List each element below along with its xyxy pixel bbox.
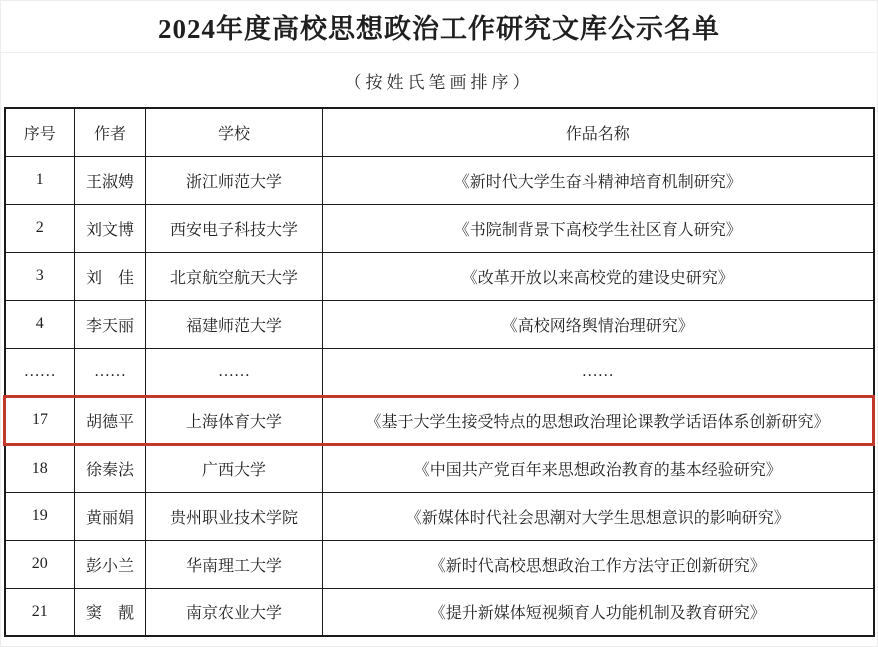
cell-work: 《高校网络舆情治理研究》: [323, 300, 874, 348]
cell-work: 《基于大学生接受特点的思想政治理论课教学话语体系创新研究》: [323, 396, 874, 444]
header-work: 作品名称: [323, 108, 874, 156]
table-body: 1王淑娉浙江师范大学《新时代大学生奋斗精神培育机制研究》2刘文博西安电子科技大学…: [5, 156, 874, 636]
cell-no: 2: [5, 204, 75, 252]
table-row: 20彭小兰华南理工大学《新时代高校思想政治工作方法守正创新研究》: [5, 540, 874, 588]
cell-no: 17: [5, 396, 75, 444]
cell-no: 18: [5, 444, 75, 492]
table-row: 1王淑娉浙江师范大学《新时代大学生奋斗精神培育机制研究》: [5, 156, 874, 204]
table-header-row: 序号 作者 学校 作品名称: [5, 108, 874, 156]
announcement-table: 序号 作者 学校 作品名称 1王淑娉浙江师范大学《新时代大学生奋斗精神培育机制研…: [3, 107, 875, 637]
table-row: 21窦 靓南京农业大学《提升新媒体短视频育人功能机制及教育研究》: [5, 588, 874, 636]
cell-author: 彭小兰: [75, 540, 146, 588]
table-row: 3刘 佳北京航空航天大学《改革开放以来高校党的建设史研究》: [5, 252, 874, 300]
cell-author: 刘文博: [75, 204, 146, 252]
cell-school: 上海体育大学: [146, 396, 323, 444]
header-no: 序号: [5, 108, 75, 156]
table-header: 序号 作者 学校 作品名称: [5, 108, 874, 156]
cell-school: ……: [146, 348, 323, 396]
cell-no: 20: [5, 540, 75, 588]
page-title: 2024年度高校思想政治工作研究文库公示名单: [158, 7, 720, 46]
table-row: 19黄丽娟贵州职业技术学院《新媒体时代社会思潮对大学生思想意识的影响研究》: [5, 492, 874, 540]
cell-work: 《改革开放以来高校党的建设史研究》: [323, 252, 874, 300]
cell-work: 《中国共产党百年来思想政治教育的基本经验研究》: [323, 444, 874, 492]
cell-work: 《书院制背景下高校学生社区育人研究》: [323, 204, 874, 252]
header-author: 作者: [75, 108, 146, 156]
cell-work: 《新媒体时代社会思潮对大学生思想意识的影响研究》: [323, 492, 874, 540]
cell-work: 《提升新媒体短视频育人功能机制及教育研究》: [323, 588, 874, 636]
header-school: 学校: [146, 108, 323, 156]
cell-school: 浙江师范大学: [146, 156, 323, 204]
cell-school: 广西大学: [146, 444, 323, 492]
cell-no: 19: [5, 492, 75, 540]
cell-author: 黄丽娟: [75, 492, 146, 540]
cell-school: 南京农业大学: [146, 588, 323, 636]
table-row: 2刘文博西安电子科技大学《书院制背景下高校学生社区育人研究》: [5, 204, 874, 252]
title-block: 2024年度高校思想政治工作研究文库公示名单: [1, 1, 877, 53]
cell-no: 4: [5, 300, 75, 348]
cell-work: 《新时代高校思想政治工作方法守正创新研究》: [323, 540, 874, 588]
page-subtitle: （按姓氏笔画排序）: [345, 68, 534, 93]
cell-school: 华南理工大学: [146, 540, 323, 588]
highlighted-table-row: 17胡德平上海体育大学《基于大学生接受特点的思想政治理论课教学话语体系创新研究》: [5, 396, 874, 444]
cell-school: 福建师范大学: [146, 300, 323, 348]
cell-work: ……: [323, 348, 874, 396]
cell-no: ……: [5, 348, 75, 396]
cell-school: 西安电子科技大学: [146, 204, 323, 252]
table-row: 18徐秦法广西大学《中国共产党百年来思想政治教育的基本经验研究》: [5, 444, 874, 492]
cell-author: 刘 佳: [75, 252, 146, 300]
cell-work: 《新时代大学生奋斗精神培育机制研究》: [323, 156, 874, 204]
cell-no: 1: [5, 156, 75, 204]
table-row: ……………………: [5, 348, 874, 396]
cell-no: 21: [5, 588, 75, 636]
document-page: { "page": { "title": "2024年度高校思想政治工作研究文库…: [0, 0, 878, 647]
table-row: 4李天丽福建师范大学《高校网络舆情治理研究》: [5, 300, 874, 348]
cell-author: 徐秦法: [75, 444, 146, 492]
cell-author: 胡德平: [75, 396, 146, 444]
cell-author: 王淑娉: [75, 156, 146, 204]
cell-author: ……: [75, 348, 146, 396]
cell-author: 窦 靓: [75, 588, 146, 636]
subtitle-block: （按姓氏笔画排序）: [1, 53, 877, 107]
cell-no: 3: [5, 252, 75, 300]
cell-author: 李天丽: [75, 300, 146, 348]
cell-school: 北京航空航天大学: [146, 252, 323, 300]
cell-school: 贵州职业技术学院: [146, 492, 323, 540]
